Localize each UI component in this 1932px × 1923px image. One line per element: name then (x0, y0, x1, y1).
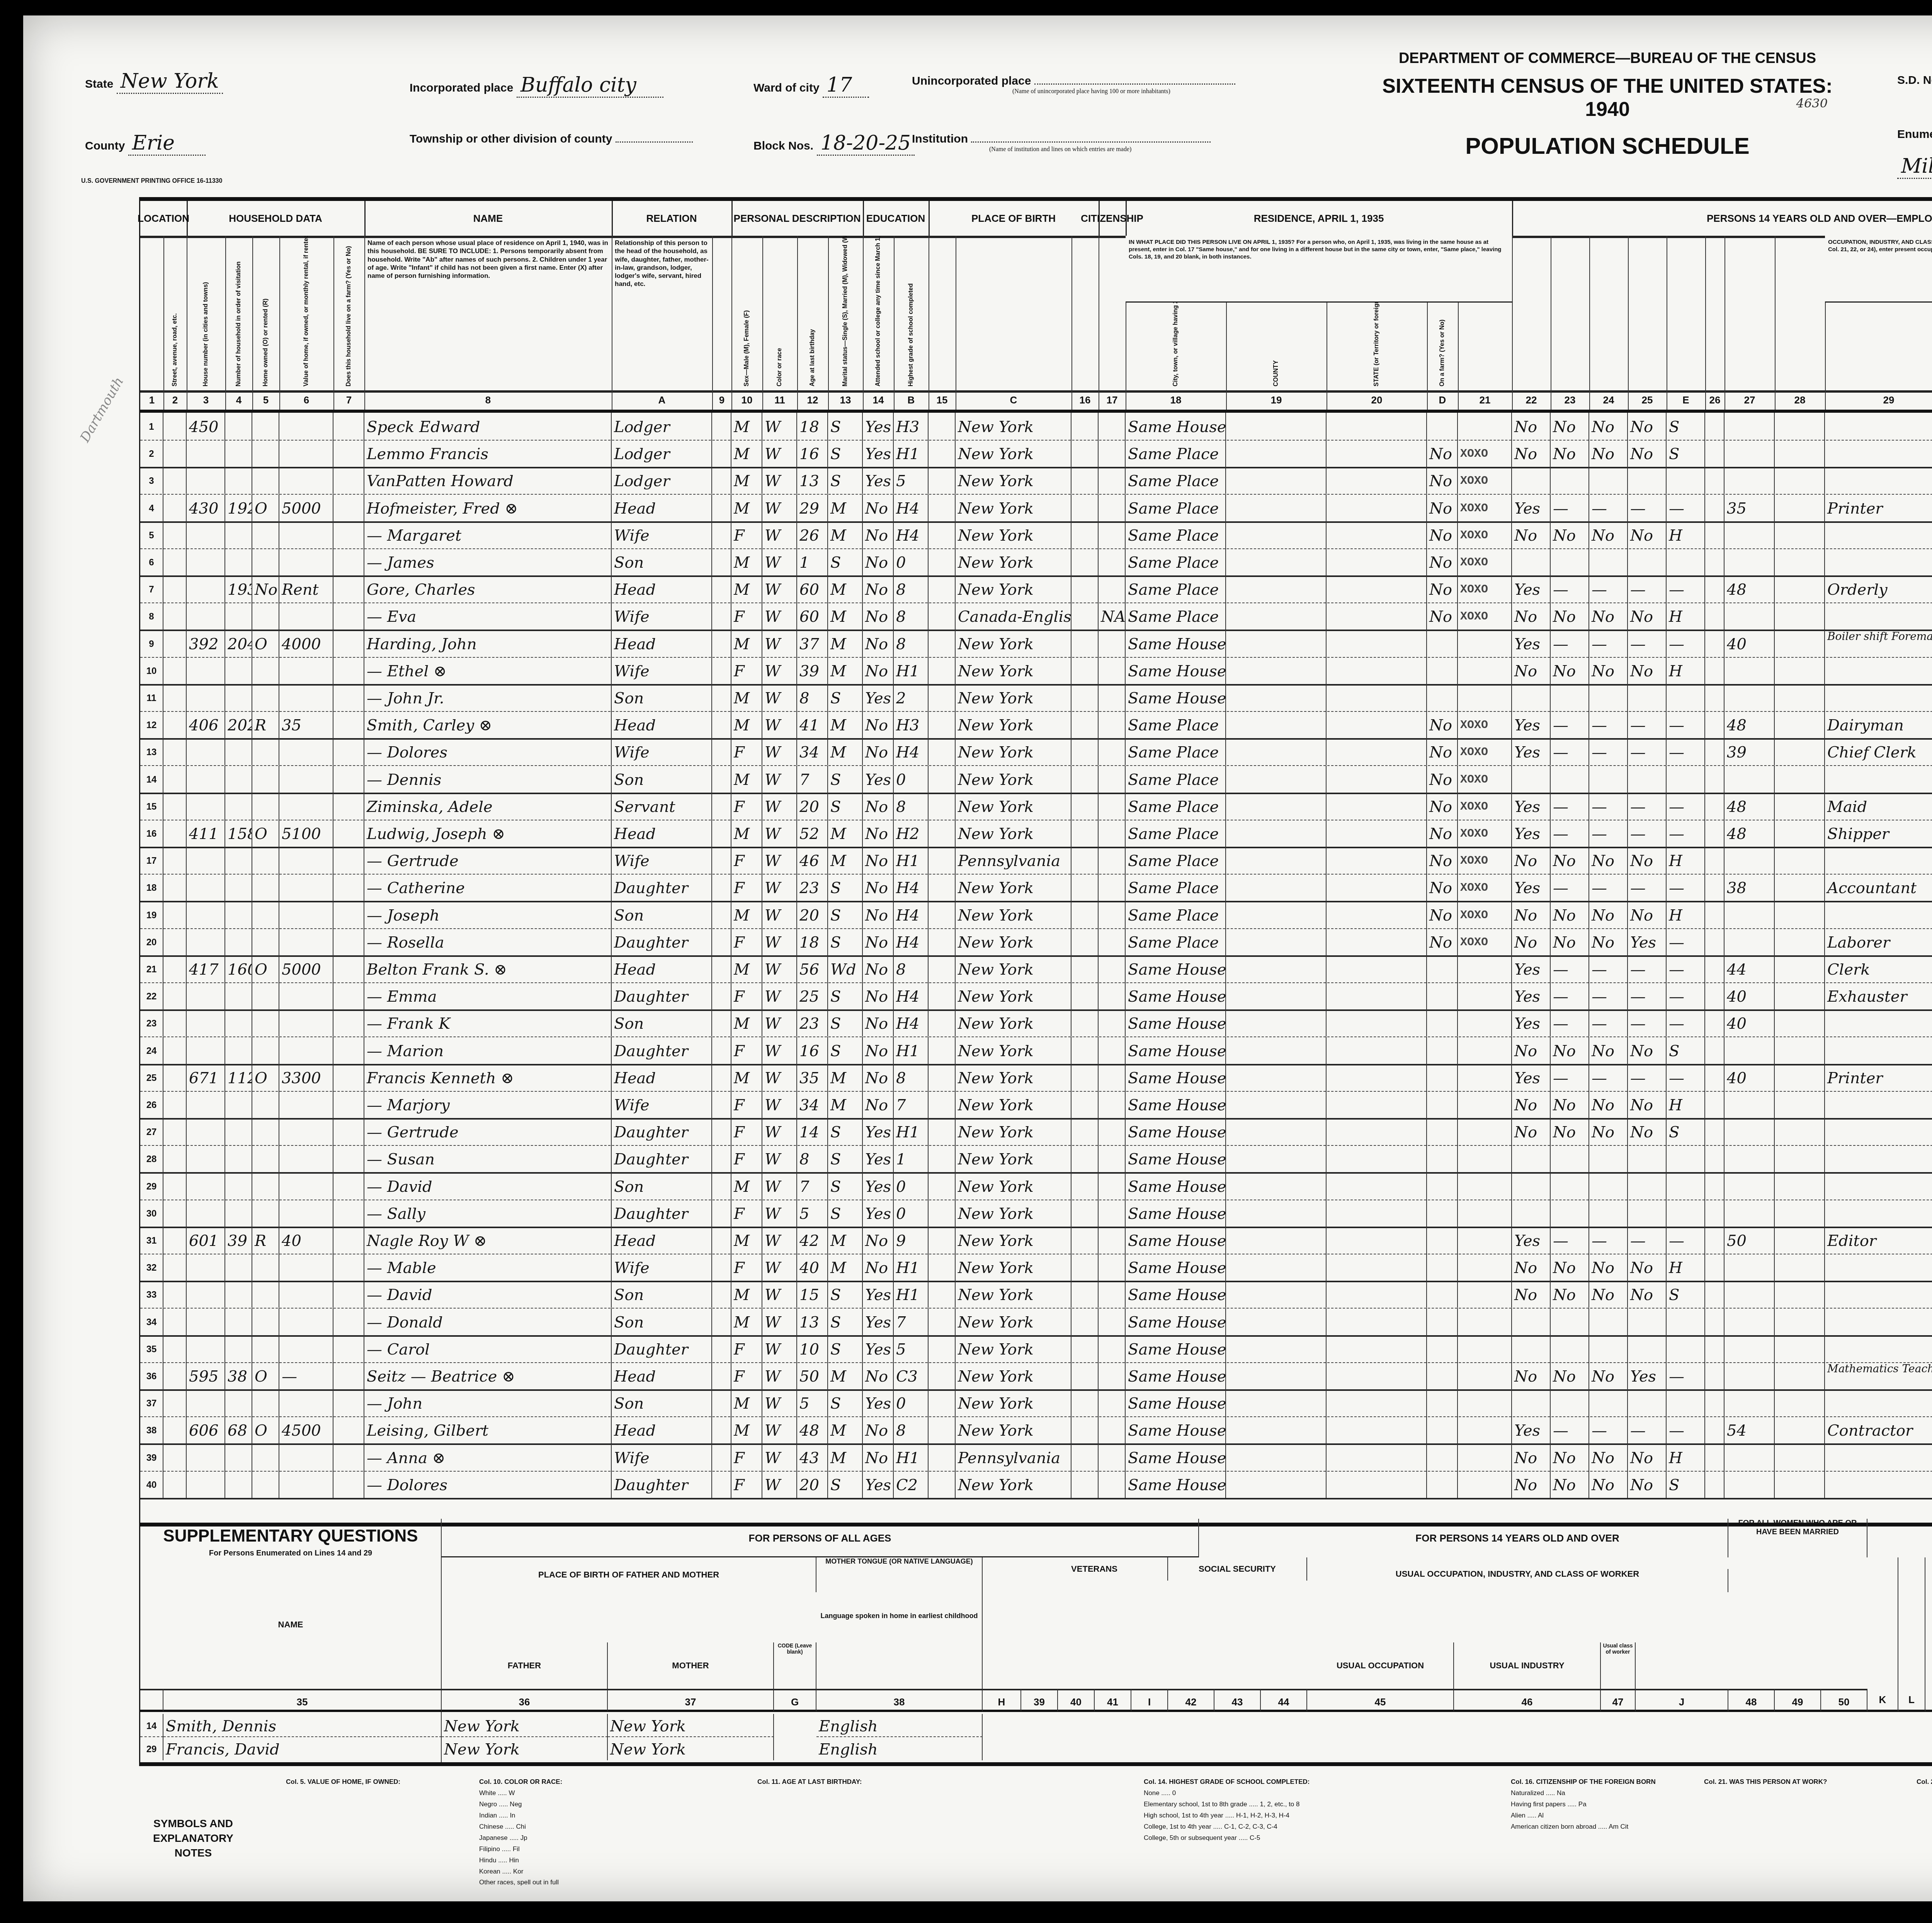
cell-c18 (1226, 1009, 1327, 1036)
cell-street (163, 1227, 187, 1254)
col-number: 19 (1226, 390, 1327, 410)
cell-race: W (762, 1118, 797, 1145)
cell-c18 (1226, 1389, 1327, 1416)
cell-c20: No (1427, 711, 1458, 738)
cell-hh (225, 901, 252, 928)
line-number: 19 (140, 901, 163, 928)
col-header-hh: Number of household in order of visitati… (225, 236, 253, 390)
cell-code-d (1458, 1471, 1512, 1498)
cell-c23: No (1589, 847, 1628, 874)
cell-cit (1099, 1335, 1126, 1362)
cell-house (187, 548, 225, 575)
cell-c27 (1775, 1389, 1825, 1416)
cell-code-b (929, 1335, 956, 1362)
cell-c27 (1775, 1254, 1825, 1281)
cell-own (252, 521, 279, 548)
cell-rel: Wife (612, 1091, 712, 1118)
cell-c26 (1725, 521, 1775, 548)
cell-code-d: XOXO (1458, 711, 1512, 738)
cell-code-b (929, 793, 956, 820)
cell-code-e (1705, 1416, 1725, 1443)
cell-occ: Shipper (1825, 820, 1932, 847)
cell-age: 34 (797, 738, 828, 765)
cell-value: 35 (279, 711, 333, 738)
cell-code-b (929, 467, 956, 494)
col-number: C (956, 390, 1072, 410)
cell-c25: H (1667, 847, 1705, 874)
cell-c23 (1589, 467, 1628, 494)
cell-street (163, 982, 187, 1009)
cell-c23: — (1589, 711, 1628, 738)
cell-own: O (252, 955, 279, 982)
cell-birth: Pennsylvania (956, 1444, 1071, 1471)
cell-c22: — (1551, 820, 1589, 847)
sd-field: S.D. No. 40 (1897, 66, 1932, 90)
cell-c20 (1427, 1118, 1458, 1145)
cell-own: R (252, 1227, 279, 1254)
cell-birth: Canada-English (956, 602, 1071, 630)
line-number: 36 (140, 1362, 163, 1389)
cell-c24 (1628, 684, 1667, 711)
note-item: Japanese ..... Jp (479, 1834, 711, 1843)
col-header-sex: Sex—Male (M), Female (F) (731, 236, 763, 390)
cell-own (252, 793, 279, 820)
cell-own (252, 440, 279, 467)
enumerator-name: Mildred Marie Burke (1897, 155, 1932, 179)
cell-cit (1099, 766, 1126, 793)
col-number: 4 (225, 390, 253, 410)
cell-sch: No (863, 630, 894, 657)
cell-cit (1099, 928, 1126, 955)
cell-c19 (1327, 440, 1427, 467)
cell-c18 (1226, 901, 1327, 928)
cell-own (252, 657, 279, 684)
cell-sex: M (731, 1064, 762, 1091)
cell-birth: New York (956, 982, 1071, 1009)
cell-c19 (1327, 766, 1427, 793)
cell-birth: New York (956, 630, 1071, 657)
cell-code-e (1705, 548, 1725, 575)
cell-birth: Pennsylvania (956, 847, 1071, 874)
cell-code-b (929, 1200, 956, 1227)
cell-c22 (1551, 766, 1589, 793)
cell-c20 (1427, 657, 1458, 684)
cell-farm (333, 1308, 364, 1335)
cell-c23: No (1589, 1091, 1628, 1118)
cell-house (187, 1389, 225, 1416)
col-header-ln (140, 236, 164, 390)
cell-res: Same House (1126, 1091, 1226, 1118)
cell-value: 4000 (279, 630, 333, 657)
cell-res: Same Place (1126, 521, 1226, 548)
cell-c19 (1327, 630, 1427, 657)
cell-code-d (1458, 1389, 1512, 1416)
cell-code-d (1458, 1145, 1512, 1172)
line-number: 39 (140, 1444, 163, 1471)
table-row: 3VanPatten HowardLodgerMW13SYes5New York… (140, 467, 1932, 495)
cell-c21: No (1512, 440, 1551, 467)
table-row: 23— Frank KSonMW23SNoH4New YorkSame Hous… (140, 1009, 1932, 1037)
cell-cit (1099, 1145, 1126, 1172)
cell-sex: F (731, 1362, 762, 1389)
cell-c27 (1775, 901, 1825, 928)
cell-c19 (1327, 1037, 1427, 1064)
cell-c21 (1512, 1335, 1551, 1362)
cell-c21: Yes (1512, 1416, 1551, 1443)
cell-cit (1099, 1009, 1126, 1036)
col-header-c21 (1512, 236, 1551, 390)
cell-res: Same Place (1126, 440, 1226, 467)
cell-mar: M (828, 1064, 863, 1091)
cell-cit (1099, 1416, 1126, 1443)
cell-own: R (252, 711, 279, 738)
cell-hh: 204 (225, 630, 252, 657)
cell-code-e (1705, 1173, 1725, 1200)
cell-farm (333, 630, 364, 657)
cell-street (163, 413, 187, 440)
cell-sch: Yes (863, 1281, 894, 1308)
cell-hh (225, 1444, 252, 1471)
note-item: Alien ..... Al (1511, 1811, 1673, 1820)
cell-own (252, 602, 279, 630)
cell-name: Belton Frank S. ⊗ (364, 955, 612, 982)
cell-c18 (1226, 494, 1327, 521)
cell-sch: No (863, 1254, 894, 1281)
cell-name: — David (364, 1173, 612, 1200)
cell-code-a (712, 413, 731, 440)
cell-code-d (1458, 955, 1512, 982)
cell-c22: — (1551, 1416, 1589, 1443)
cell-c23: — (1589, 1009, 1628, 1036)
cell-c18 (1226, 874, 1327, 901)
cell-sch: Yes (863, 1173, 894, 1200)
cell-own (252, 1091, 279, 1118)
cell-c25 (1667, 1200, 1705, 1227)
cell-c21: No (1512, 657, 1551, 684)
cell-c22: — (1551, 1064, 1589, 1091)
cell-farm (333, 1009, 364, 1036)
cell-value (279, 440, 333, 467)
cell-occ: Mathematics Teacher (1825, 1362, 1932, 1389)
cell-c22: No (1551, 1362, 1589, 1389)
cell-c20: No (1427, 521, 1458, 548)
cell-street (163, 1416, 187, 1443)
cell-c24: No (1628, 847, 1667, 874)
cell-birth: New York (956, 901, 1071, 928)
cell-res: Same House (1126, 955, 1226, 982)
cell-sch: No (863, 1416, 894, 1443)
cell-sex: M (731, 1173, 762, 1200)
cell-birth: New York (956, 1200, 1071, 1227)
cell-res: Same Place (1126, 874, 1226, 901)
cell-c27 (1775, 1145, 1825, 1172)
cell-res: Same House (1126, 1037, 1226, 1064)
cell-street (163, 467, 187, 494)
note-item: White ..... W (479, 1789, 711, 1798)
cell-own (252, 1037, 279, 1064)
cell-value (279, 1471, 333, 1498)
cell-mar: S (828, 1471, 863, 1498)
cell-c23 (1589, 1389, 1628, 1416)
col-header-mar: Marital status—Single (S), Married (M), … (828, 236, 864, 390)
cell-c22 (1551, 684, 1589, 711)
cell-house (187, 928, 225, 955)
cell-c22: No (1551, 440, 1589, 467)
cell-c21: No (1512, 1471, 1551, 1498)
cell-occ (1825, 1281, 1932, 1308)
col-header-value: Value of home, if owned, or monthly rent… (279, 236, 334, 390)
col-header-c23 (1589, 236, 1629, 390)
cell-mar: S (828, 1009, 863, 1036)
cell-sch: No (863, 1227, 894, 1254)
cell-sch: No (863, 1037, 894, 1064)
cell-code-c (1071, 1308, 1099, 1335)
cell-grade: H4 (894, 521, 929, 548)
cell-occ (1825, 684, 1932, 711)
cell-rel: Son (612, 1173, 712, 1200)
cell-code-b (929, 1254, 956, 1281)
cell-code-b (929, 1389, 956, 1416)
cell-street (163, 1335, 187, 1362)
cell-age: 29 (797, 494, 828, 521)
cell-c20 (1427, 1064, 1458, 1091)
cell-sch: No (863, 928, 894, 955)
cell-race: W (762, 440, 797, 467)
cell-code-e (1705, 1389, 1725, 1416)
residence-instructions: IN WHAT PLACE DID THIS PERSON LIVE ON AP… (1126, 236, 1513, 303)
cell-code-a (712, 1009, 731, 1036)
cell-code-d (1458, 1118, 1512, 1145)
cell-occ (1825, 602, 1932, 630)
cell-code-b (929, 1118, 956, 1145)
cell-c18 (1226, 738, 1327, 765)
cell-code-a (712, 1416, 731, 1443)
cell-c23: No (1589, 1471, 1628, 1498)
cell-code-a (712, 1444, 731, 1471)
cell-res: Same House (1126, 657, 1226, 684)
cell-birth: New York (956, 1227, 1071, 1254)
table-row: 3659538O—Seitz — Beatrice ⊗HeadFW50MNoC3… (140, 1362, 1932, 1391)
col-header-race: Color or race (762, 236, 798, 390)
cell-code-b (929, 575, 956, 602)
cell-occ (1825, 1173, 1932, 1200)
cell-code-a (712, 955, 731, 982)
cell-code-e (1705, 1227, 1725, 1254)
cell-c22 (1551, 1389, 1589, 1416)
cell-res: Same House (1126, 1064, 1226, 1091)
note-item: Having first papers ..... Pa (1511, 1800, 1673, 1809)
cell-code-d: XOXO (1458, 820, 1512, 847)
cell-c22 (1551, 1308, 1589, 1335)
cell-mar: S (828, 793, 863, 820)
cell-c18 (1226, 1308, 1327, 1335)
cell-c23: No (1589, 413, 1628, 440)
cell-c19 (1327, 874, 1427, 901)
cell-sex: M (731, 684, 762, 711)
cell-rel: Son (612, 1281, 712, 1308)
cell-birth: New York (956, 955, 1071, 982)
cell-grade: 5 (894, 1335, 929, 1362)
cell-c24: No (1628, 1281, 1667, 1308)
cell-value (279, 874, 333, 901)
cell-value: 40 (279, 1227, 333, 1254)
cell-c21: No (1512, 901, 1551, 928)
cell-code-a (712, 684, 731, 711)
cell-code-a (712, 1281, 731, 1308)
cell-c19 (1327, 982, 1427, 1009)
cell-own (252, 766, 279, 793)
cell-value: 3300 (279, 1064, 333, 1091)
cell-c24: — (1628, 738, 1667, 765)
cell-grade: H4 (894, 982, 929, 1009)
cell-code-d (1458, 1335, 1512, 1362)
cell-c20 (1427, 1009, 1458, 1036)
cell-street (163, 955, 187, 982)
cell-c27 (1775, 494, 1825, 521)
cell-birth: New York (956, 1362, 1071, 1389)
cell-age: 60 (797, 602, 828, 630)
cell-c21: Yes (1512, 793, 1551, 820)
cell-age: 56 (797, 955, 828, 982)
cell-code-e (1705, 847, 1725, 874)
cell-code-d (1458, 657, 1512, 684)
cell-code-d: XOXO (1458, 602, 1512, 630)
cell-code-a (712, 1145, 731, 1172)
cell-race: W (762, 711, 797, 738)
cell-code-a (712, 657, 731, 684)
cell-race: W (762, 1471, 797, 1498)
cell-res: Same Place (1126, 793, 1226, 820)
cell-code-a (712, 440, 731, 467)
cell-street (163, 1362, 187, 1389)
office-col-k: K (1867, 1557, 1898, 1712)
cell-age: 1 (797, 548, 828, 575)
cell-c27 (1775, 1362, 1825, 1389)
col-header-E (1705, 236, 1725, 390)
cell-c26 (1725, 1254, 1775, 1281)
cell-grade: 8 (894, 1064, 929, 1091)
cell-c18 (1226, 1362, 1327, 1389)
cell-own (252, 874, 279, 901)
cell-sex: F (731, 1444, 762, 1471)
cell-code-b (929, 738, 956, 765)
cell-c25 (1667, 1173, 1705, 1200)
cell-code-c (1071, 1009, 1099, 1036)
cell-grade: 8 (894, 1416, 929, 1443)
cell-name: — Eva (364, 602, 612, 630)
supp-col-number: 36 (442, 1689, 608, 1712)
cell-mar: Wd (828, 955, 863, 982)
cell-cit (1099, 1091, 1126, 1118)
cell-cit (1099, 548, 1126, 575)
cell-code-c (1071, 1091, 1099, 1118)
cell-c22 (1551, 548, 1589, 575)
col-number: 3 (187, 390, 226, 410)
cell-value (279, 1145, 333, 1172)
cell-code-d: XOXO (1458, 766, 1512, 793)
cell-house (187, 1471, 225, 1498)
cell-c26 (1725, 766, 1775, 793)
township-field: Township or other division of county (410, 131, 719, 146)
supp-col-number (140, 1689, 163, 1712)
cell-c24: No (1628, 1037, 1667, 1064)
cell-hh: 112 (225, 1064, 252, 1091)
cell-hh (225, 684, 252, 711)
cell-grade: 5 (894, 467, 929, 494)
cell-farm (333, 1173, 364, 1200)
cell-c18 (1226, 1091, 1327, 1118)
cell-rel: Head (612, 1416, 712, 1443)
cell-code-b (929, 657, 956, 684)
department-title: DEPARTMENT OF COMMERCE—BUREAU OF THE CEN… (1376, 50, 1839, 67)
cell-c19 (1327, 711, 1427, 738)
line-number: 15 (140, 793, 163, 820)
cell-c21: No (1512, 1362, 1551, 1389)
cell-farm (333, 602, 364, 630)
cell-race: W (762, 575, 797, 602)
cell-c18 (1226, 928, 1327, 955)
cell-code-b (929, 874, 956, 901)
cell-street (163, 711, 187, 738)
cell-mar: S (828, 1389, 863, 1416)
cell-c19 (1327, 1444, 1427, 1471)
cell-code-e (1705, 1064, 1725, 1091)
cell-code-b (929, 1227, 956, 1254)
cell-code-d (1458, 1091, 1512, 1118)
cell-street (163, 684, 187, 711)
cell-name: Ziminska, Adele (364, 793, 612, 820)
cell-house (187, 766, 225, 793)
cell-race: W (762, 738, 797, 765)
supp-mother-tongue: English (816, 1737, 983, 1760)
cell-hh (225, 847, 252, 874)
cell-own (252, 1009, 279, 1036)
cell-c20 (1427, 1173, 1458, 1200)
cell-sex: M (731, 766, 762, 793)
cell-value: 5100 (279, 820, 333, 847)
cell-c21: Yes (1512, 874, 1551, 901)
cell-code-a (712, 1200, 731, 1227)
cell-code-e (1705, 766, 1725, 793)
supp-line-number: 29 (140, 1737, 163, 1760)
note-item: Filipino ..... Fil (479, 1845, 711, 1854)
table-row: 19— JosephSonMW20SNoH4New YorkSame Place… (140, 901, 1932, 929)
cell-age: 5 (797, 1389, 828, 1416)
cell-name: — Catherine (364, 874, 612, 901)
cell-value (279, 1335, 333, 1362)
cell-c26 (1725, 548, 1775, 575)
cell-c18 (1226, 955, 1327, 982)
occupation-instructions: OCCUPATION, INDUSTRY, AND CLASS OF WORKE… (1825, 236, 1932, 303)
cell-c20 (1427, 630, 1458, 657)
cell-race: W (762, 1308, 797, 1335)
note-item: Chinese ..... Chi (479, 1823, 711, 1831)
cell-c21: No (1512, 602, 1551, 630)
cell-c21 (1512, 1200, 1551, 1227)
cell-sch: No (863, 602, 894, 630)
col-header-c24 (1628, 236, 1667, 390)
cell-house (187, 901, 225, 928)
cell-code-e (1705, 684, 1725, 711)
line-number: 8 (140, 602, 163, 630)
cell-sch: Yes (863, 1145, 894, 1172)
line-number: 17 (140, 847, 163, 874)
cell-grade: H3 (894, 413, 929, 440)
cell-c22: — (1551, 874, 1589, 901)
cell-cit (1099, 1281, 1126, 1308)
cell-code-c (1071, 1362, 1099, 1389)
cell-c19 (1327, 1281, 1427, 1308)
